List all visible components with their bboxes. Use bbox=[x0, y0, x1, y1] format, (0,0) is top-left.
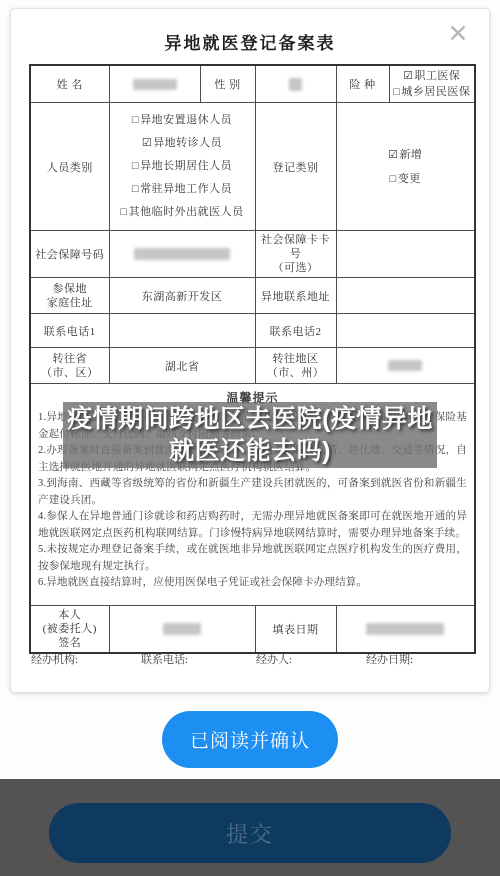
signature-value bbox=[109, 606, 255, 654]
transfer-region-value bbox=[336, 348, 475, 384]
checkbox-checked-icon: ☑ bbox=[403, 70, 413, 82]
category-option: □异地安置退休人员 bbox=[113, 109, 252, 132]
transfer-province-label: 转往省 （市、区） bbox=[30, 348, 109, 384]
checkbox-empty-icon: □ bbox=[393, 86, 400, 98]
agency-person-label: 经办人: bbox=[256, 651, 292, 667]
remote-address-label: 异地联系地址 bbox=[255, 278, 336, 314]
phone1-label: 联系电话1 bbox=[30, 314, 109, 348]
category-option: □异地长期居住人员 bbox=[113, 155, 252, 178]
signature-label: 本人 (被委托人) 签名 bbox=[30, 606, 109, 654]
table-row: 联系电话1 联系电话2 bbox=[30, 314, 475, 348]
category-option: ☑异地转诊人员 bbox=[113, 132, 252, 155]
submit-button[interactable]: 提交 bbox=[49, 803, 451, 863]
confirm-read-button[interactable]: 已阅读并确认 bbox=[162, 711, 338, 768]
gender-value bbox=[255, 65, 336, 103]
register-option-label: 新增 bbox=[399, 149, 422, 161]
redacted-date bbox=[366, 623, 444, 635]
category-option-label: 异地安置退休人员 bbox=[140, 114, 232, 126]
register-type-options: ☑新增 □变更 bbox=[336, 103, 475, 231]
category-option-label: 常驻异地工作人员 bbox=[140, 183, 232, 195]
category-option: □常驻异地工作人员 bbox=[113, 178, 252, 201]
ssn-value bbox=[109, 231, 255, 278]
register-option: ☑新增 bbox=[340, 143, 472, 167]
insurance-label: 险 种 bbox=[336, 65, 389, 103]
category-option-label: 异地长期居住人员 bbox=[140, 160, 232, 172]
table-row: 姓 名 性 别 险 种 ☑职工医保 □城乡居民医保 bbox=[30, 65, 475, 103]
name-value bbox=[109, 65, 200, 103]
category-option-label: 其他临时外出就医人员 bbox=[129, 206, 244, 218]
person-category-options: □异地安置退休人员 ☑异地转诊人员 □异地长期居住人员 □常驻异地工作人员 □其… bbox=[109, 103, 255, 231]
redacted-region bbox=[388, 360, 422, 371]
phone2-label: 联系电话2 bbox=[255, 314, 336, 348]
agency-footer: 经办机构: 联系电话: 经办人: 经办日期: bbox=[29, 651, 474, 667]
checkbox-checked-icon: ☑ bbox=[388, 149, 398, 161]
fill-date-value bbox=[336, 606, 475, 654]
sscard-label: 社会保障卡卡号 （可选） bbox=[255, 231, 336, 278]
checkbox-empty-icon: □ bbox=[132, 114, 139, 126]
agency-label: 经办机构: bbox=[31, 651, 78, 667]
fill-date-label: 填表日期 bbox=[255, 606, 336, 654]
tip-item: 5.未按规定办理登记备案手续，或在就医地非异地就医联网定点医疗机构发生的医疗费用… bbox=[38, 542, 467, 575]
form-modal: ✕ 异地就医登记备案表 姓 名 性 别 险 种 ☑职工医保 □城乡居民医保 人员… bbox=[10, 8, 490, 693]
close-icon[interactable]: ✕ bbox=[443, 19, 473, 49]
insurance-option: ☑职工医保 bbox=[393, 68, 472, 84]
category-option: □其他临时外出就医人员 bbox=[113, 201, 252, 224]
table-row: 参保地 家庭住址 东湖高新开发区 异地联系地址 bbox=[30, 278, 475, 314]
tip-item: 4.参保人在异地普通门诊就诊和药店购药时，无需办理异地就医备案即可在就医地开通的… bbox=[38, 509, 467, 542]
category-option-label: 异地转诊人员 bbox=[153, 137, 222, 149]
registration-form-table: 姓 名 性 别 险 种 ☑职工医保 □城乡居民医保 人员类别 □异地安置退休人员… bbox=[29, 64, 476, 654]
insurance-option-label: 职工医保 bbox=[414, 70, 460, 82]
checkbox-empty-icon: □ bbox=[132, 183, 139, 195]
insurance-option: □城乡居民医保 bbox=[393, 84, 472, 100]
table-row: 本人 (被委托人) 签名 填表日期 bbox=[30, 606, 475, 654]
register-option: □变更 bbox=[340, 167, 472, 191]
insurance-option-label: 城乡居民医保 bbox=[401, 86, 470, 98]
phone1-value bbox=[109, 314, 255, 348]
checkbox-checked-icon: ☑ bbox=[142, 137, 152, 149]
phone2-value bbox=[336, 314, 475, 348]
checkbox-empty-icon: □ bbox=[132, 160, 139, 172]
table-row: 社会保障号码 社会保障卡卡号 （可选） bbox=[30, 231, 475, 278]
transfer-region-label: 转往地区 （市、州） bbox=[255, 348, 336, 384]
redacted-signature bbox=[163, 623, 201, 635]
table-row: 人员类别 □异地安置退休人员 ☑异地转诊人员 □异地长期居住人员 □常驻异地工作… bbox=[30, 103, 475, 231]
tip-item: 3.到海南、西藏等省级统筹的省份和新疆生产建设兵团就医的，可备案到就医省份和新疆… bbox=[38, 476, 467, 509]
home-address-value: 东湖高新开发区 bbox=[109, 278, 255, 314]
redacted-name bbox=[133, 79, 177, 90]
dimmed-background: 提交 bbox=[0, 779, 500, 876]
agency-phone-label: 联系电话: bbox=[141, 651, 188, 667]
register-option-label: 变更 bbox=[398, 173, 421, 185]
sscard-value bbox=[336, 231, 475, 278]
redacted-gender bbox=[289, 78, 302, 91]
agency-date-label: 经办日期: bbox=[366, 651, 413, 667]
person-category-label: 人员类别 bbox=[30, 103, 109, 231]
insurance-options: ☑职工医保 □城乡居民医保 bbox=[389, 65, 475, 103]
form-title: 异地就医登记备案表 bbox=[11, 29, 489, 54]
register-type-label: 登记类别 bbox=[255, 103, 336, 231]
transfer-province-value: 湖北省 bbox=[109, 348, 255, 384]
name-label: 姓 名 bbox=[30, 65, 109, 103]
gender-label: 性 别 bbox=[200, 65, 255, 103]
article-headline-watermark: 疫情期间跨地区去医院(疫情异地就医还能去吗) bbox=[63, 402, 437, 468]
checkbox-empty-icon: □ bbox=[120, 206, 127, 218]
table-row: 转往省 （市、区） 湖北省 转往地区 （市、州） bbox=[30, 348, 475, 384]
checkbox-empty-icon: □ bbox=[390, 173, 397, 185]
ssn-label: 社会保障号码 bbox=[30, 231, 109, 278]
home-address-label: 参保地 家庭住址 bbox=[30, 278, 109, 314]
tip-item: 6.异地就医直接结算时，应使用医保电子凭证或社会保障卡办理结算。 bbox=[38, 575, 467, 592]
redacted-ssn bbox=[134, 248, 230, 260]
remote-address-value bbox=[336, 278, 475, 314]
